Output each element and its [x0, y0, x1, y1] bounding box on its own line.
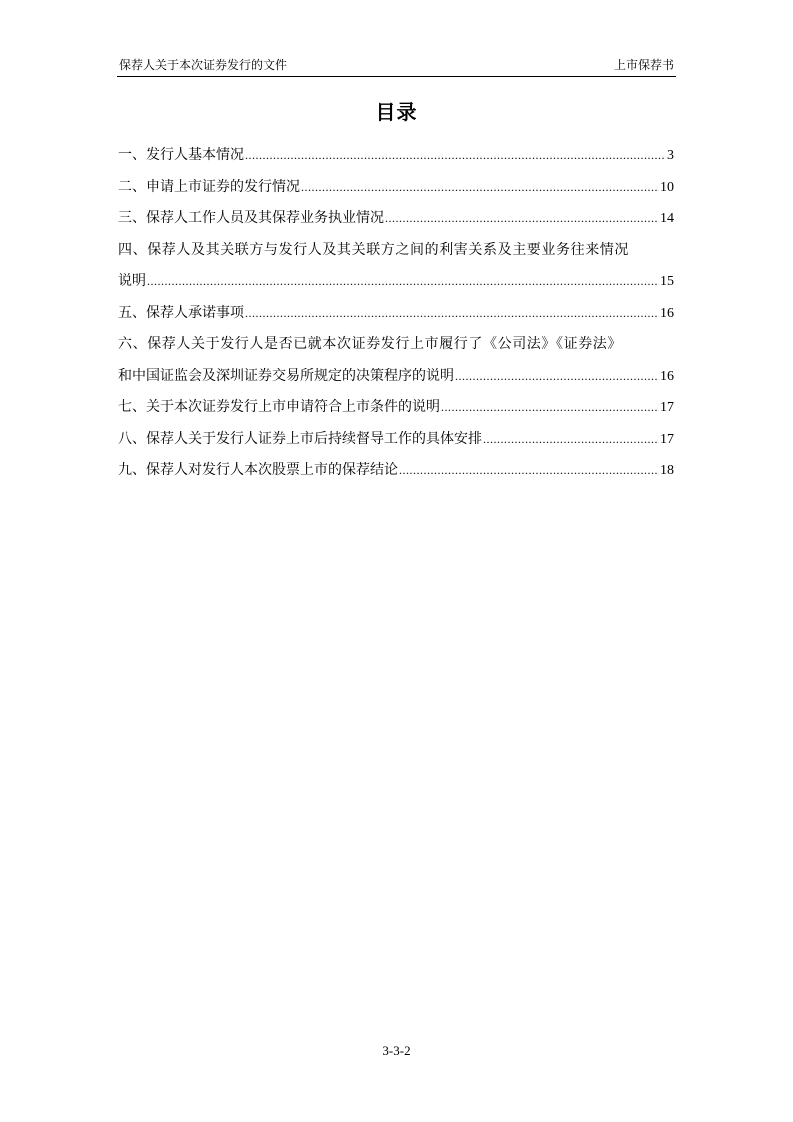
toc-leader-dots: [245, 298, 659, 330]
toc-entry-page: 14: [660, 203, 674, 235]
toc-entry-text: 九、保荐人对发行人本次股票上市的保荐结论: [118, 455, 398, 487]
toc-entry-text: 八、保荐人关于发行人证券上市后持续督导工作的具体安排: [118, 424, 482, 456]
toc-entry-3[interactable]: 三、保荐人工作人员及其保荐业务执业情况 14: [118, 203, 674, 235]
toc-entry-text: 七、关于本次证券发行上市申请符合上市条件的说明: [118, 392, 440, 424]
toc-entry-page: 17: [660, 424, 674, 456]
toc-entry-text: 说明: [118, 266, 146, 298]
toc-entry-text: 五、保荐人承诺事项: [118, 298, 244, 330]
toc-entry-page: 16: [660, 361, 674, 393]
toc-title: 目录: [0, 96, 793, 125]
toc-entry-text: 一、发行人基本情况: [118, 140, 244, 172]
toc-entry-page: 10: [660, 172, 674, 204]
table-of-contents: 一、发行人基本情况 3 二、申请上市证券的发行情况 10 三、保荐人工作人员及其…: [118, 140, 674, 487]
toc-leader-dots: [399, 455, 659, 487]
toc-leader-dots: [245, 140, 666, 172]
toc-entry-text: 四、保荐人及其关联方与发行人及其关联方之间的利害关系及主要业务往来情况: [118, 235, 674, 267]
toc-leader-dots: [301, 172, 659, 204]
toc-entry-5[interactable]: 五、保荐人承诺事项 16: [118, 298, 674, 330]
header-section-name: 上市保荐书: [614, 56, 674, 73]
page-header: 保荐人关于本次证券发行的文件 上市保荐书: [117, 54, 676, 77]
toc-leader-dots: [455, 361, 659, 393]
toc-entry-6-line-1[interactable]: 六、保荐人关于发行人是否已就本次证券发行上市履行了《公司法》《证券法》: [118, 329, 674, 361]
toc-entry-2[interactable]: 二、申请上市证券的发行情况 10: [118, 172, 674, 204]
toc-entry-9[interactable]: 九、保荐人对发行人本次股票上市的保荐结论 18: [118, 455, 674, 487]
toc-entry-text: 六、保荐人关于发行人是否已就本次证券发行上市履行了《公司法》《证券法》: [118, 329, 674, 361]
toc-entry-7[interactable]: 七、关于本次证券发行上市申请符合上市条件的说明 17: [118, 392, 674, 424]
toc-entry-page: 3: [667, 140, 674, 172]
toc-entry-4-line-1[interactable]: 四、保荐人及其关联方与发行人及其关联方之间的利害关系及主要业务往来情况: [118, 235, 674, 267]
toc-entry-text: 三、保荐人工作人员及其保荐业务执业情况: [118, 203, 384, 235]
toc-entry-4-line-2[interactable]: 说明 15: [118, 266, 674, 298]
toc-entry-8[interactable]: 八、保荐人关于发行人证券上市后持续督导工作的具体安排 17: [118, 424, 674, 456]
toc-leader-dots: [441, 392, 659, 424]
toc-entry-text: 二、申请上市证券的发行情况: [118, 172, 300, 204]
toc-entry-6-line-2[interactable]: 和中国证监会及深圳证券交易所规定的决策程序的说明 16: [118, 361, 674, 393]
toc-leader-dots: [385, 203, 659, 235]
toc-leader-dots: [483, 424, 659, 456]
toc-leader-dots: [147, 266, 659, 298]
toc-entry-1[interactable]: 一、发行人基本情况 3: [118, 140, 674, 172]
toc-entry-page: 18: [660, 455, 674, 487]
toc-entry-text: 和中国证监会及深圳证券交易所规定的决策程序的说明: [118, 361, 454, 393]
page-number: 3-3-2: [0, 1043, 793, 1059]
toc-entry-page: 15: [660, 266, 674, 298]
header-document-name: 保荐人关于本次证券发行的文件: [119, 56, 287, 73]
toc-entry-page: 17: [660, 392, 674, 424]
toc-entry-page: 16: [660, 298, 674, 330]
